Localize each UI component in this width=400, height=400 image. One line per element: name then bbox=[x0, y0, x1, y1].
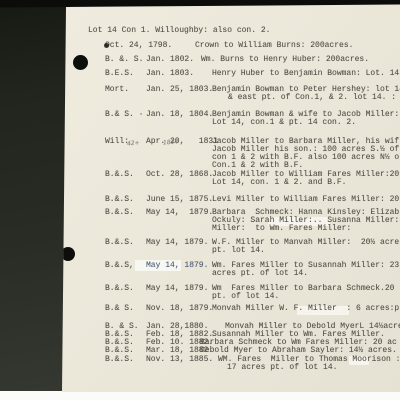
entry-description: W.F. Miller to Manvah Miller: 20½ acrept… bbox=[212, 239, 400, 255]
page-title: Lot 14 Con 1. Willoughby: also con. 2. bbox=[88, 27, 270, 35]
entry-1879-b: B.&.S. May 14, 1879. W.F. Miller to Manv… bbox=[105, 239, 400, 255]
entry-type: B.E.S. bbox=[105, 70, 146, 78]
entry-description: Wm. Fares Miller to Susannah Miller: 23a… bbox=[212, 262, 400, 278]
entry-1804: B.& S. · Jan. 18, 1804. Benjamin Bowman … bbox=[105, 111, 400, 127]
entry-description: Wm Fares Miller to Barbara Schmeck.20pt.… bbox=[212, 285, 400, 301]
entry-1879-d: B.&.S. May 14, 1879. Wm Fares Miller to … bbox=[105, 285, 400, 301]
entry-date: Oct. 28, 1868. bbox=[146, 171, 212, 179]
scanner-background bbox=[0, 0, 70, 391]
entry-1879-a: B.&.S. May 14, 1879. Barbara Schmeck: Ha… bbox=[105, 209, 400, 233]
entry-1879-e: B.& S. Nov. 18, 1879. Monvah Miller W. F… bbox=[105, 305, 400, 313]
entry-date: Jan. 18, 1804. bbox=[146, 111, 212, 119]
entry-description: Debold Myer to Abraham Sayler: 14½ acres… bbox=[200, 347, 395, 355]
punch-hole bbox=[73, 55, 88, 70]
entry-description: Wm. Burns to Henry Huber: 200acres. bbox=[201, 56, 396, 64]
entry-type: B.&.S. bbox=[105, 356, 146, 364]
entry-type: B.&.S, bbox=[105, 262, 146, 270]
entry-date: Oct. 24, 1798. bbox=[105, 42, 195, 50]
entry-description: Jacob Miller to Barbara Miller, his wifJ… bbox=[212, 138, 400, 170]
entry-description: Monvah Miller W. F. Miller : 6 acres:p bbox=[212, 305, 400, 313]
entry-type: B.&.S. bbox=[105, 285, 146, 293]
entry-date: Nov. 13, 1885. bbox=[146, 356, 212, 364]
entry-type: Mort. bbox=[105, 86, 146, 94]
entry-1879-c: B.&.S, May 14, 1879. Wm. Fares Miller to… bbox=[105, 262, 400, 278]
entry-date: Nov. 18, 1879. bbox=[146, 305, 212, 313]
entry-1803-bes: B.E.S. Jan. 1803. Henry Huber to Benjami… bbox=[105, 70, 400, 78]
entry-date: Jan. 1803. bbox=[146, 70, 212, 78]
entry-date-highlighted: May 14, 1879. bbox=[146, 262, 212, 270]
entry-type: B.& S. bbox=[105, 305, 146, 313]
entry-description: Crown to William Burns: 200acres. bbox=[195, 42, 390, 50]
entry-1798: Oct. 24, 1798. Crown to William Burns: 2… bbox=[105, 42, 400, 50]
entry-description: Levi Miller to William Fares Miller: 20 bbox=[212, 196, 400, 204]
entry-type: B.&.S. bbox=[105, 239, 146, 247]
entry-1868: B.&.S. Oct. 28, 1868. Jacob Miller to Wi… bbox=[105, 171, 400, 187]
entry-description: Jacob Miller to William Fares Miller:20L… bbox=[212, 171, 400, 187]
pencil-annotation: 42+ bbox=[127, 141, 140, 148]
entry-date: May 14, 1879. bbox=[146, 285, 212, 293]
entry-1885: B.&.S. Nov. 13, 1885. WM. Fares Miller t… bbox=[105, 356, 400, 372]
pencil-annotation: 1834 bbox=[163, 139, 179, 146]
entry-description: WM. Fares Miller to Thomas Moorison :17 … bbox=[218, 356, 400, 372]
entry-date: June 15, 1875. bbox=[146, 196, 212, 204]
entry-type: B.&.S. bbox=[105, 171, 146, 179]
entry-description: Barbara Schmeck: Hanna Kinsley: ElizabOc… bbox=[212, 209, 400, 233]
entry-type: B. &. S. bbox=[105, 56, 146, 64]
ink-blot bbox=[104, 43, 109, 48]
entry-1875: B.&.S. June 15, 1875. Levi Miller to Wil… bbox=[105, 196, 400, 204]
entry-description: Henry Huber to Benjamin Bowman: Lot. 14,… bbox=[212, 70, 400, 78]
entry-1803-mort: Mort. Jan. 25, 1803. Benjamin Bowman to … bbox=[105, 86, 400, 102]
entry-1802: B. &. S. Jan. 1802. Wm. Burns to Henry H… bbox=[105, 56, 400, 64]
entry-description: Benjamin Bowman & wife to Jacob Miller:L… bbox=[212, 111, 400, 127]
entry-date: Jan. 25, 1803. bbox=[146, 86, 212, 94]
entry-date: Apr. 20, 1831 bbox=[146, 138, 212, 146]
document-page: Lot 14 Con 1. Willoughby: also con. 2. O… bbox=[62, 4, 400, 392]
entry-description: Benjamin Bowman to Peter Hershey: lot 14… bbox=[212, 86, 400, 102]
entry-1882-c: B.&.S. Mar. 18, 1882. Debold Myer to Abr… bbox=[105, 347, 400, 355]
entry-type: B.& S. · bbox=[105, 111, 146, 119]
entry-type: B.&.S. bbox=[105, 209, 146, 217]
entry-type: B.&.S. bbox=[105, 196, 146, 204]
entry-date: May 14, 1879. bbox=[146, 239, 212, 247]
entry-type: B.&.S. bbox=[105, 347, 146, 355]
entry-1831-will: Will: Apr. 20, 1831 Jacob Miller to Barb… bbox=[105, 138, 400, 170]
entry-date: May 14, 1879. bbox=[146, 209, 212, 217]
